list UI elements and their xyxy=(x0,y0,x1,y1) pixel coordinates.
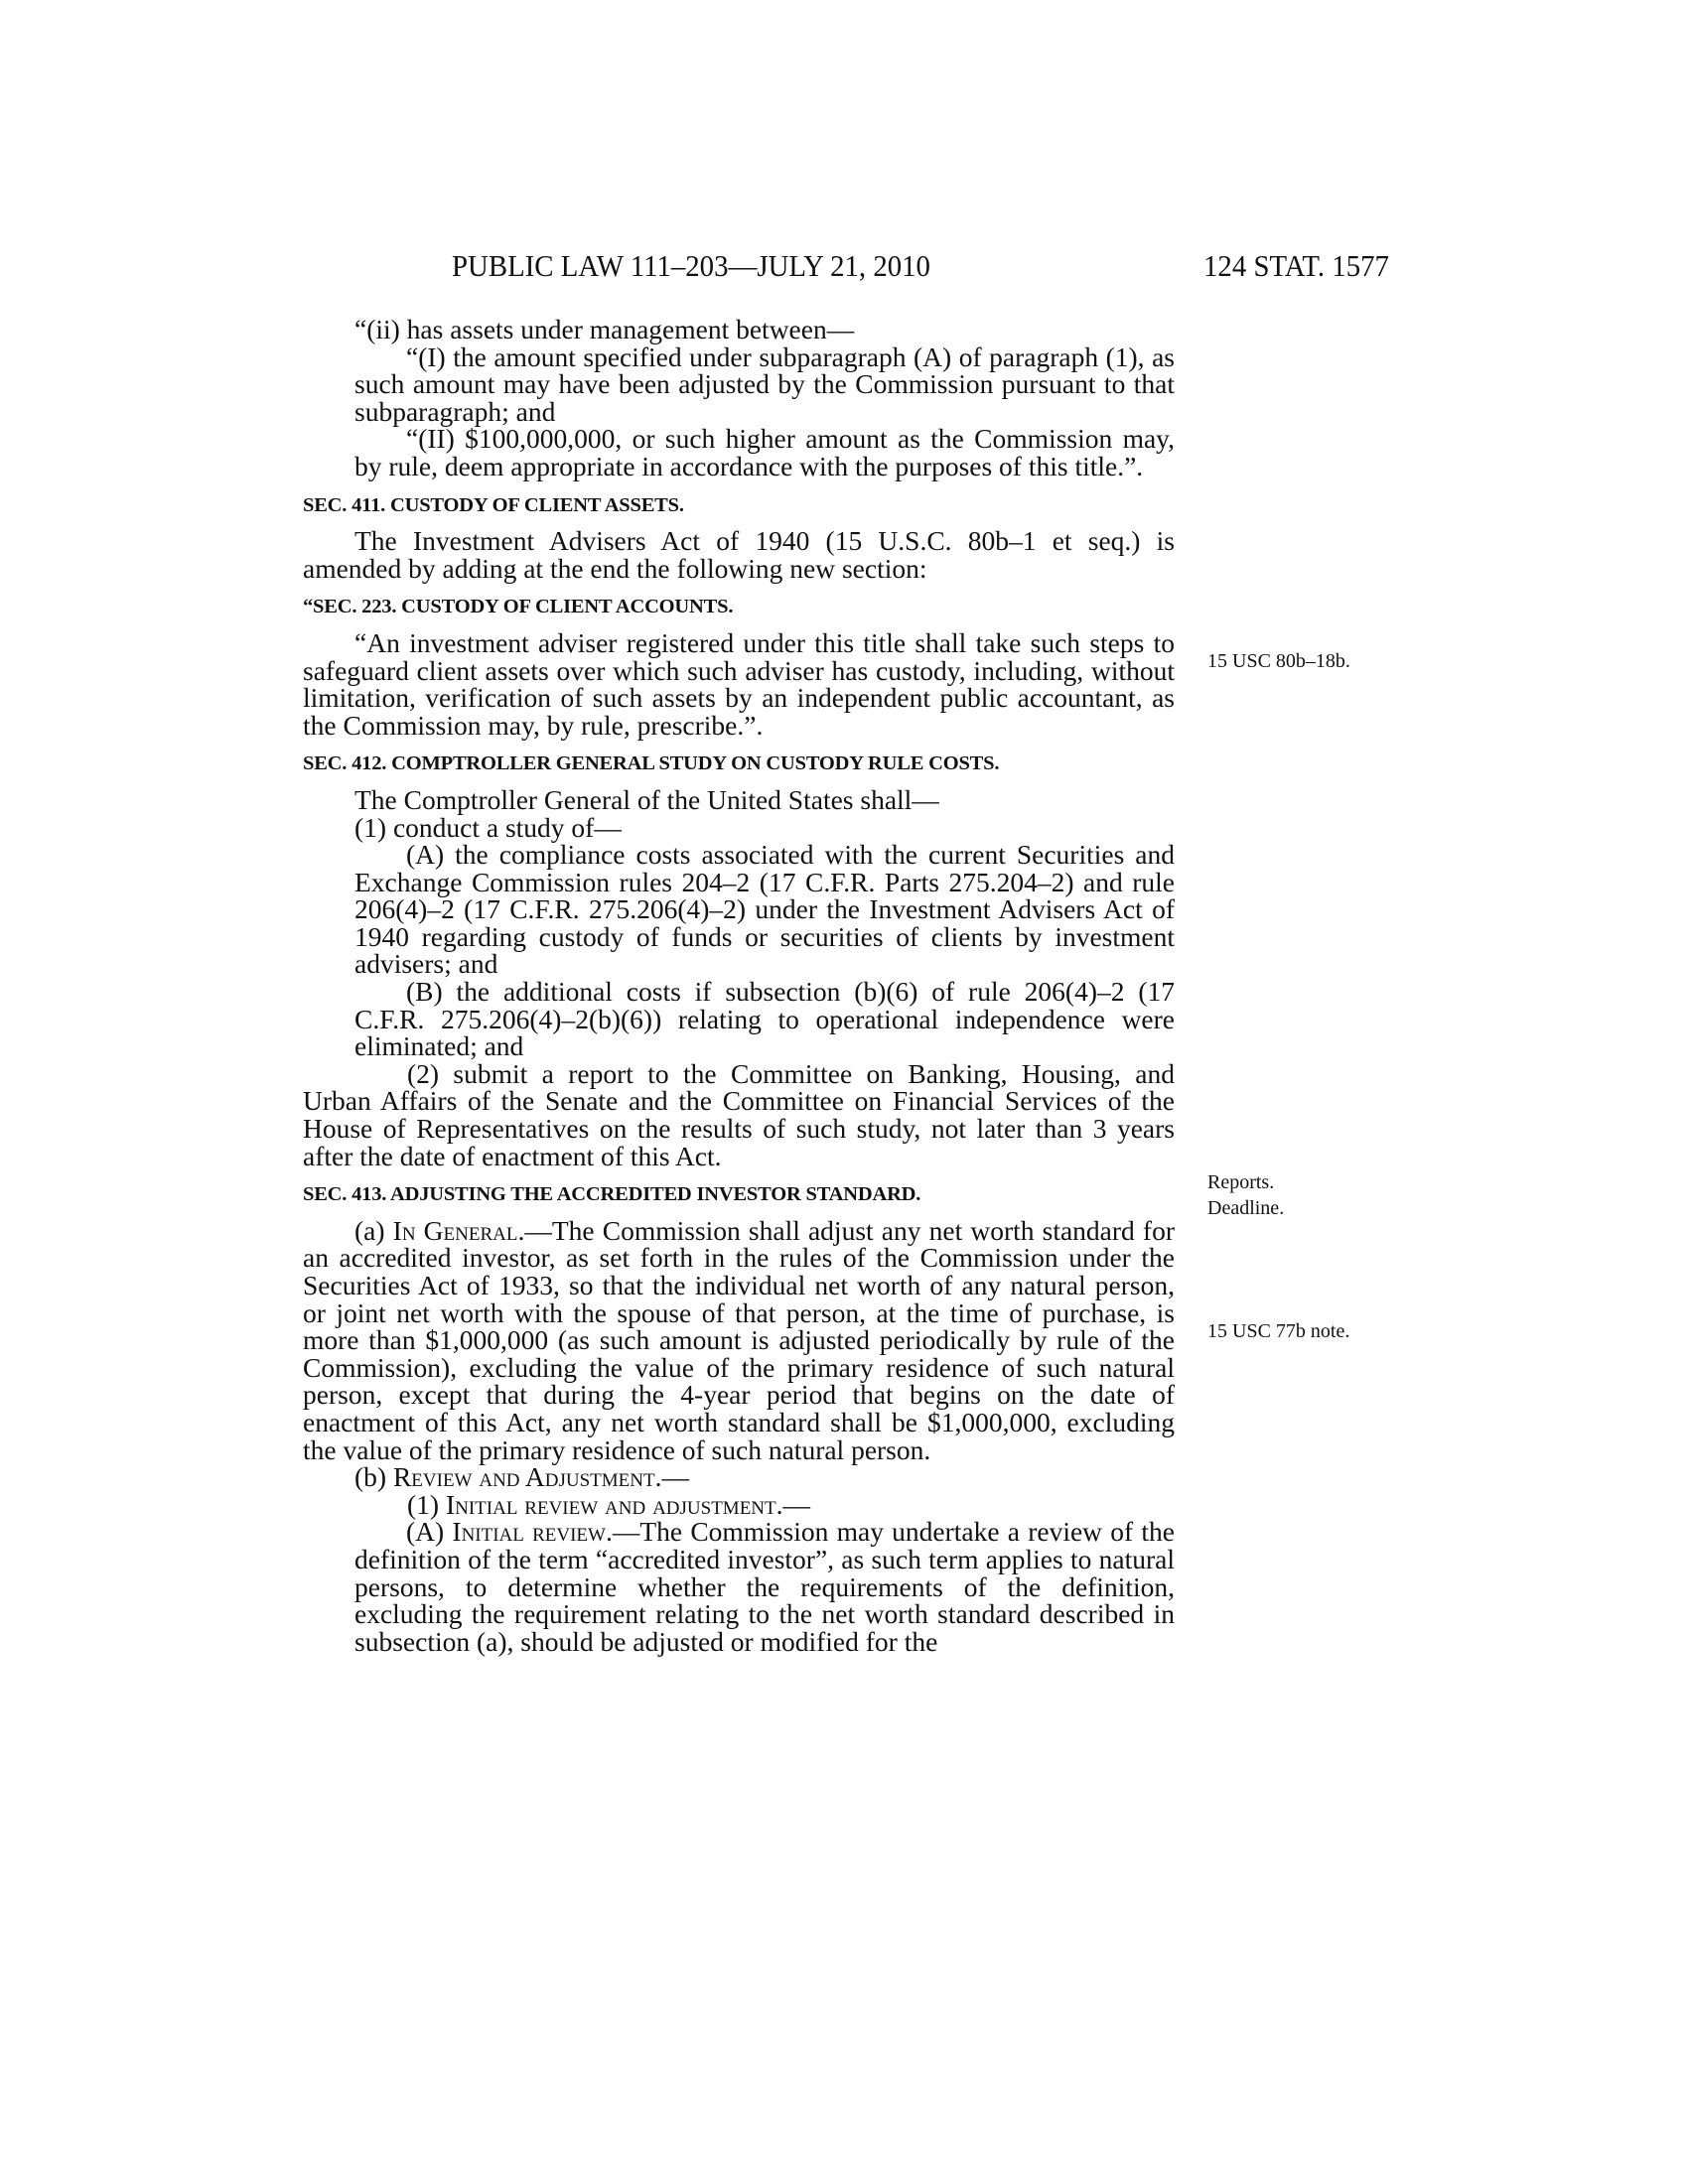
clause-ii: “(ii) has assets under management betwee… xyxy=(303,316,1175,343)
subpara-A-label: (A) xyxy=(406,1516,452,1547)
document-page: PUBLIC LAW 111–203—JULY 21, 2010 124 STA… xyxy=(0,0,1688,2184)
section-223-text: “An investment adviser registered under … xyxy=(303,629,1175,739)
section-413-subsection-a: (a) In General.—The Commission shall adj… xyxy=(303,1217,1175,1463)
margin-note-reports: Reports. xyxy=(1207,1171,1274,1193)
section-412-heading: SEC. 412. COMPTROLLER GENERAL STUDY ON C… xyxy=(303,751,1175,778)
para-1-caption: Initial review and adjustment. xyxy=(446,1489,783,1520)
subpara-A-caption: Initial review. xyxy=(452,1516,612,1547)
subsection-b-label: (b) xyxy=(354,1461,393,1492)
clause-I: “(I) the amount specified under subparag… xyxy=(303,343,1175,426)
section-412-para-2: (2) submit a report to the Committee on … xyxy=(303,1060,1175,1169)
section-413-para-1: (1) Initial review and adjustment.— xyxy=(303,1491,1175,1519)
subsection-a-text: —The Commission shall adjust any net wor… xyxy=(303,1215,1175,1465)
section-413-subsection-b: (b) Review and Adjustment.— xyxy=(303,1463,1175,1491)
margin-note-80b-18b: 15 USC 80b–18b. xyxy=(1207,650,1350,672)
section-412-intro: The Comptroller General of the United St… xyxy=(303,786,1175,814)
section-413-heading: SEC. 413. ADJUSTING THE ACCREDITED INVES… xyxy=(303,1181,1175,1209)
margin-note-deadline: Deadline. xyxy=(1207,1197,1284,1219)
section-412-para-1: (1) conduct a study of— xyxy=(251,814,1175,842)
section-412-para-A: (A) the compliance costs associated with… xyxy=(303,841,1175,978)
subsection-b-caption: Review and Adjustment. xyxy=(393,1461,662,1492)
running-header-title: PUBLIC LAW 111–203—JULY 21, 2010 xyxy=(452,248,930,284)
running-header-page: 124 STAT. 1577 xyxy=(1203,248,1389,284)
section-412-para-B: (B) the additional costs if subsection (… xyxy=(303,978,1175,1060)
document-body: “(ii) has assets under management betwee… xyxy=(303,316,1175,1655)
para-1-dash: — xyxy=(783,1489,811,1520)
section-411-heading: SEC. 411. CUSTODY OF CLIENT ASSETS. xyxy=(303,492,1175,520)
subsection-a-caption: In General. xyxy=(393,1215,525,1246)
section-411-intro: The Investment Advisers Act of 1940 (15 … xyxy=(303,527,1175,582)
para-1-label: (1) xyxy=(407,1489,446,1520)
section-413-subpara-A: (A) Initial review.—The Commission may u… xyxy=(303,1518,1175,1655)
subsection-a-label: (a) xyxy=(354,1215,393,1246)
margin-note-77b: 15 USC 77b note. xyxy=(1207,1320,1349,1342)
section-223-heading: “SEC. 223. CUSTODY OF CLIENT ACCOUNTS. xyxy=(303,594,1175,621)
subsection-b-dash: — xyxy=(661,1461,689,1492)
clause-II: “(II) $100,000,000, or such higher amoun… xyxy=(303,425,1175,479)
